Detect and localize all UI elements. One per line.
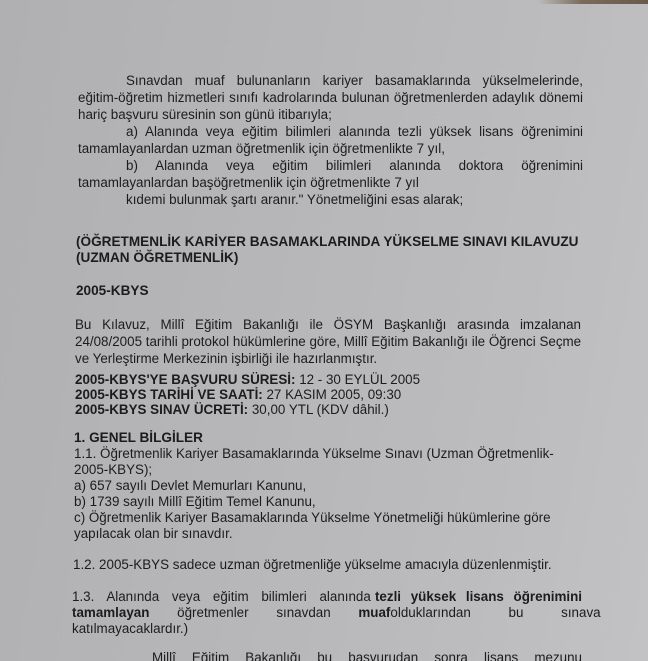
intro-paragraph-line: eğitim-öğretim hizmetleri sınıfı kadrola… [78, 90, 583, 106]
clause-1-1-b: b) 1739 sayılı Millî Eğitim Temel Kanunu… [74, 494, 316, 510]
clause-1-3: 1.3. Alanında veya eğitim bilimleri alan… [72, 589, 582, 605]
clause-1-1-a: a) 657 sayılı Devlet Memurları Kanunu, [74, 478, 306, 494]
clause-1-3-end: katılmayacaklardır.) [72, 621, 188, 637]
exam-code: 2005-KBYS [76, 283, 149, 299]
preface-line: 24/08/2005 tarihli protokol hükümlerine … [75, 334, 581, 350]
fact-value: 27 KASIM 2005, 09:30 [263, 387, 401, 402]
intro-item-b: b) Alanında veya eğitim bilimleri alanın… [126, 158, 583, 174]
clause-text: tamamlayan öğretmenler sınavdan muaf [72, 605, 390, 621]
fact-exam-fee: 2005-KBYS SINAV ÜCRETİ: 30,00 YTL (KDV d… [75, 402, 389, 418]
fact-label: 2005-KBYS'YE BAŞVURU SÜRESİ: [75, 372, 295, 387]
intro-paragraph-line: Sınavdan muaf bulunanların kariyer basam… [126, 73, 583, 89]
clause-emphasis: tamamlayan [72, 605, 149, 620]
preface-line: Bu Kılavuz, Millî Eğitim Bakanlığı ile Ö… [75, 317, 581, 333]
preface-line: ve Yerleştirme Merkezinin işbirliği ile … [75, 351, 377, 367]
section-heading: 1. GENEL BİLGİLER [74, 430, 203, 446]
clause-emphasis: muaf [358, 605, 390, 620]
intro-item-a: a) Alanında veya eğitim bilimleri alanın… [126, 124, 583, 140]
document-page: Sınavdan muaf bulunanların kariyer basam… [0, 0, 648, 661]
intro-closing: kıdemi bulunmak şartı aranır." Yönetmeli… [126, 192, 463, 208]
fact-exam-date: 2005-KBYS TARİHİ VE SAATİ: 27 KASIM 2005… [75, 387, 401, 403]
fact-value: 30,00 YTL (KDV dâhil.) [248, 402, 389, 417]
clause-emphasis: tezli yüksek lisans öğrenimini [375, 589, 582, 605]
clause-1-1: 1.1. Öğretmenlik Kariyer Basamaklarında … [74, 446, 554, 462]
fact-label: 2005-KBYS SINAV ÜCRETİ: [75, 402, 248, 417]
guide-title: (ÖĞRETMENLİK KARİYER BASAMAKLARINDA YÜKS… [76, 234, 578, 250]
intro-paragraph-line: hariç başvuru süresinin son günü itibarı… [78, 107, 332, 123]
fact-value: 12 - 30 EYLÜL 2005 [295, 372, 420, 387]
fact-label: 2005-KBYS TARİHİ VE SAATİ: [75, 387, 263, 402]
clause-1-3-cont: tamamlayan öğretmenler sınavdan muaf old… [72, 605, 582, 621]
clause-text: olduklarından bu sınava [390, 605, 600, 621]
fact-application-period: 2005-KBYS'YE BAŞVURU SÜRESİ: 12 - 30 EYL… [75, 372, 420, 388]
guide-subtitle: (UZMAN ÖĞRETMENLİK) [76, 250, 238, 266]
clause-text: 1.3. Alanında veya eğitim bilimleri alan… [72, 589, 371, 605]
clause-1-1-cont: 2005-KBYS); [74, 462, 152, 478]
intro-item-b-cont: tamamlayanlardan başöğretmenlik için öğr… [78, 175, 419, 191]
clause-1-1-c: c) Öğretmenlik Kariyer Basamaklarında Yü… [74, 510, 551, 526]
trailing-paragraph: Millî Eğitim Bakanlığı bu başvurudan son… [152, 650, 582, 661]
clause-text: öğretmenler sınavdan [149, 605, 358, 620]
clause-1-2: 1.2. 2005-KBYS sadece uzman öğretmenliğe… [73, 557, 552, 573]
clause-1-1-c-cont: yapılacak olan bir sınavdır. [74, 526, 233, 542]
intro-item-a-cont: tamamlayanlardan uzman öğretmenlik için … [78, 141, 445, 157]
